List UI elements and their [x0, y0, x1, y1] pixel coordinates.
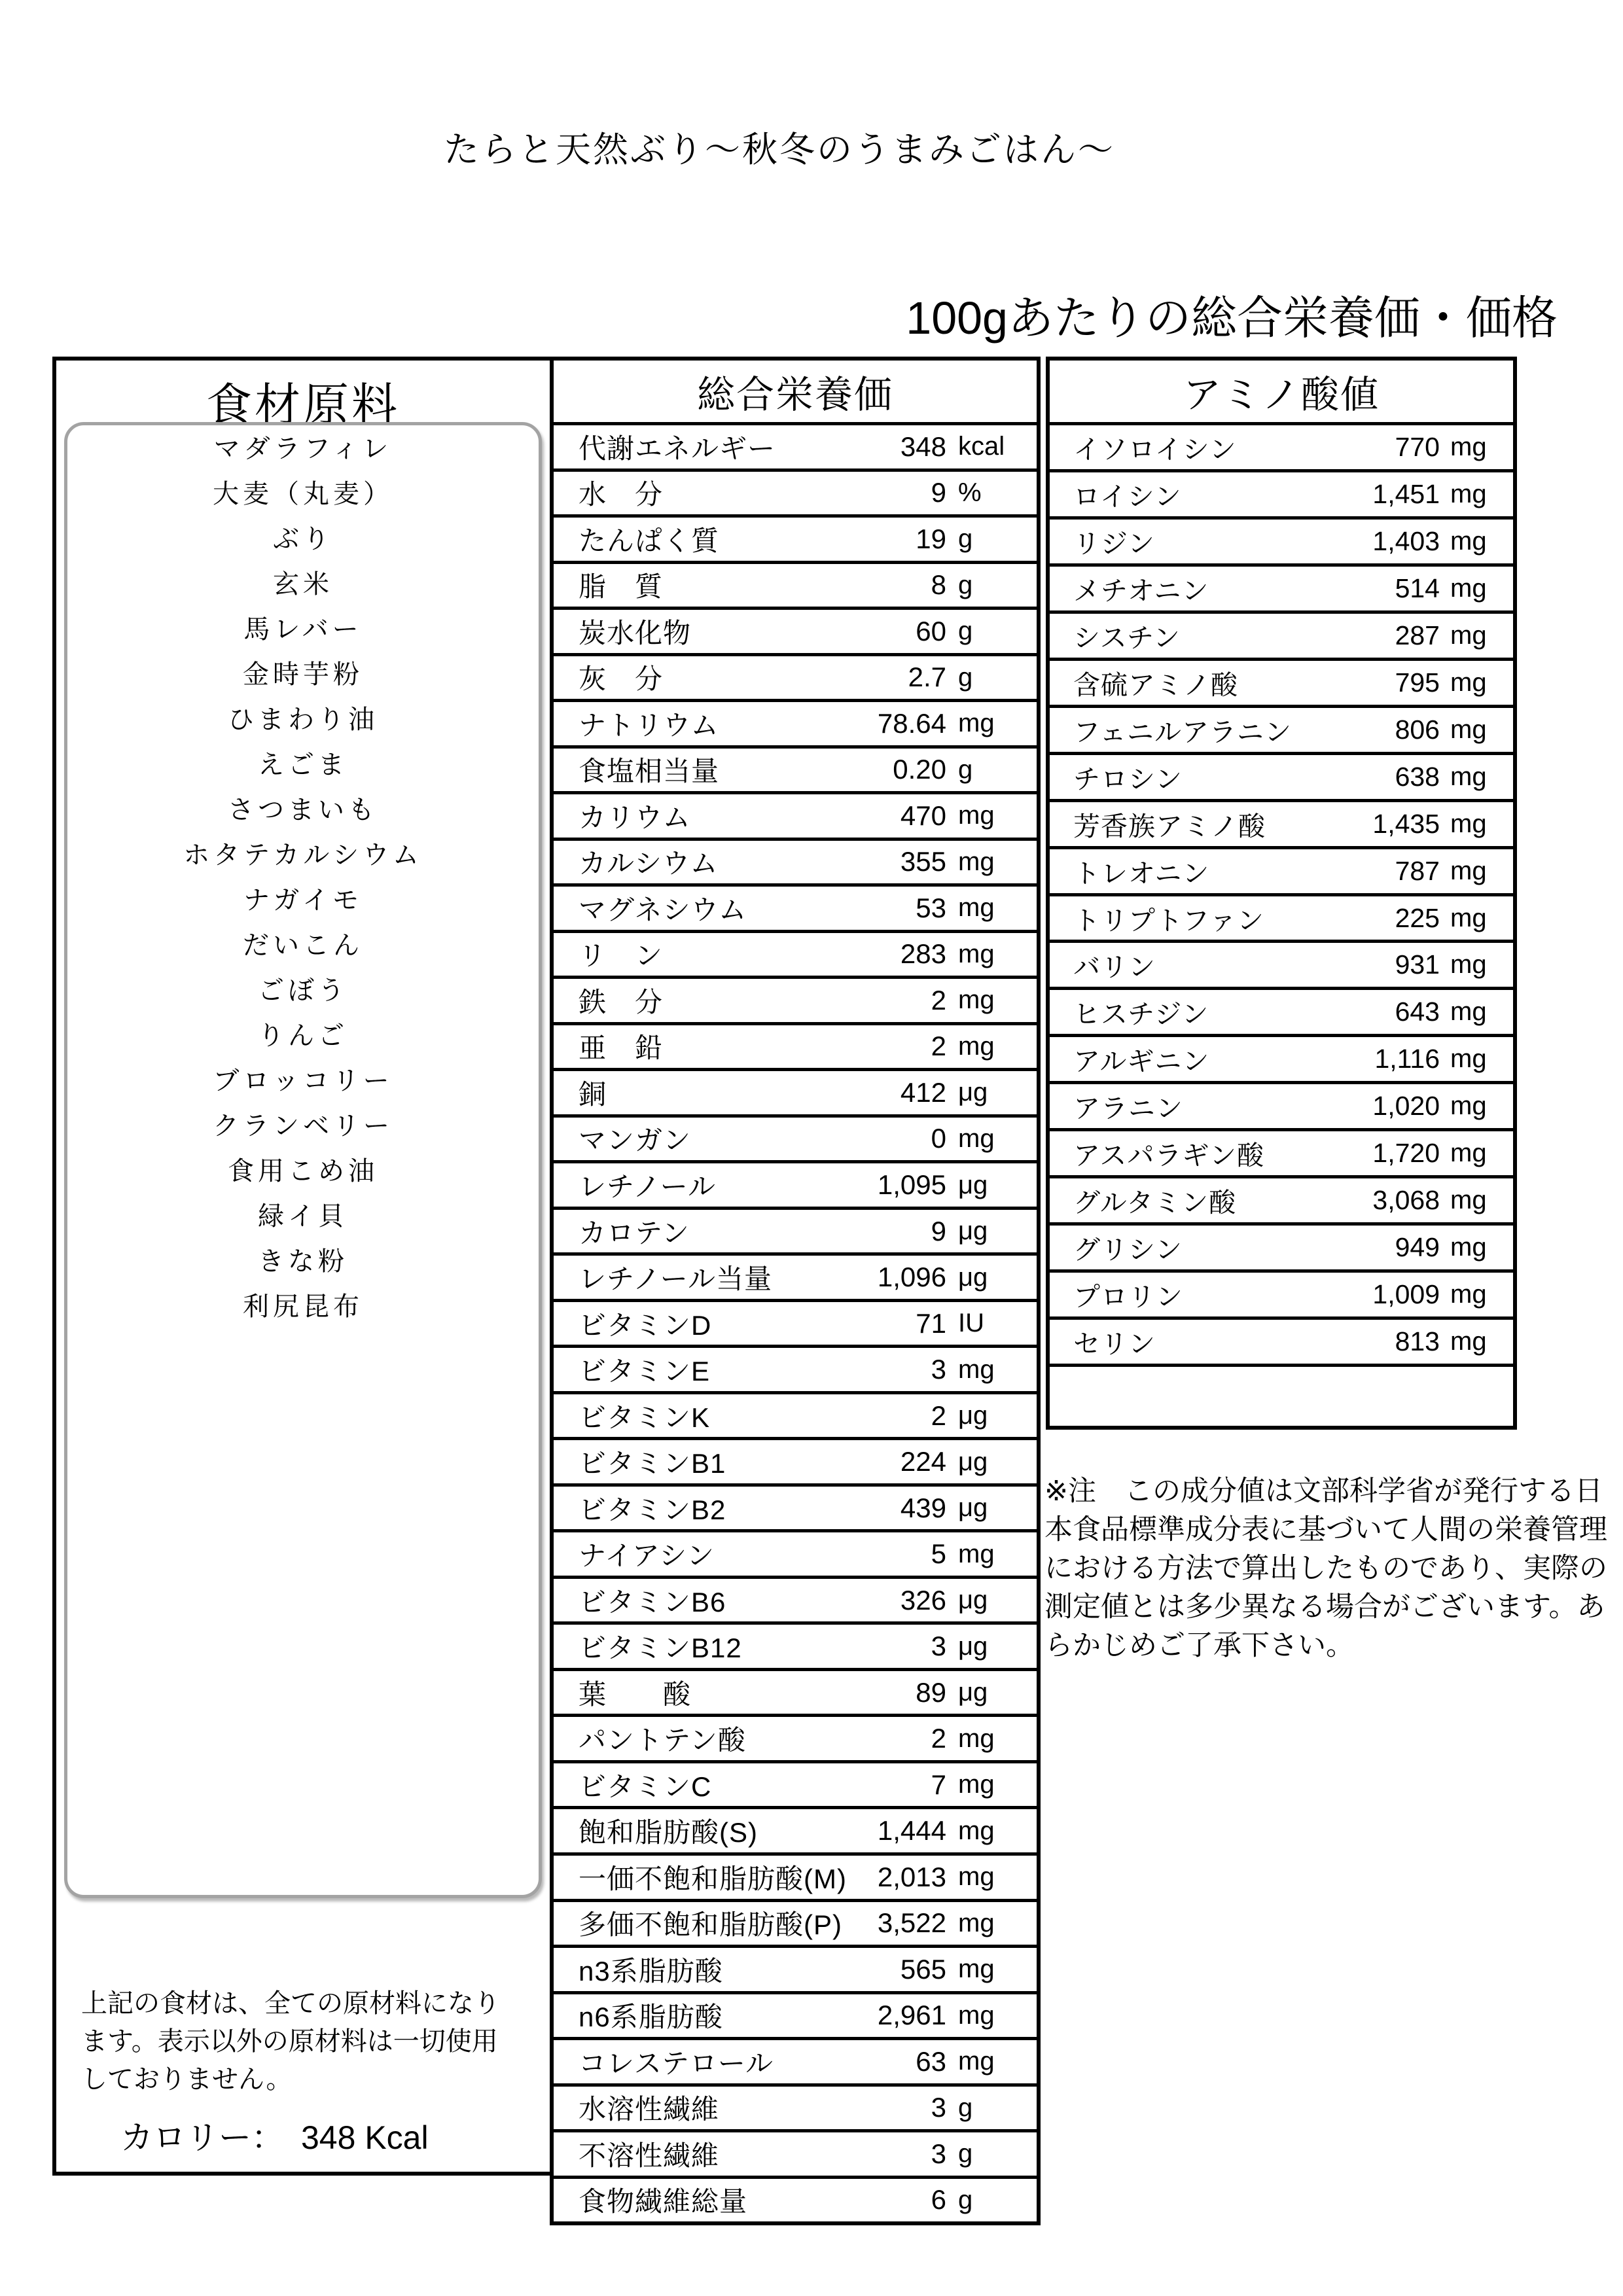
amino-row: イソロイシン 770 mg [1050, 422, 1513, 469]
nutrient-value: 60 [691, 616, 946, 647]
nutrient-label: カリウム [579, 796, 691, 836]
amino-value: 1,009 [1183, 1279, 1440, 1310]
nutrition-row: ビタミンB6 326 μg [554, 1576, 1037, 1622]
amino-unit: mg [1440, 857, 1497, 886]
ingredients-note: 上記の食材は、全ての原材料になります。表示以外の原材料は一切使用しておりません。 [81, 1985, 521, 2098]
nutrient-label: 飽和脂肪酸(S) [579, 1811, 758, 1850]
nutrient-unit: mg [946, 2001, 1020, 2030]
amino-table-header: アミノ酸値 [1050, 361, 1513, 422]
nutrient-label: マンガン [579, 1119, 691, 1158]
nutrient-unit: μg [946, 1585, 1020, 1615]
ingredient-item: 玄米 [67, 562, 539, 607]
amino-unit: mg [1440, 1139, 1497, 1168]
nutrient-label: 一価不飽和脂肪酸(M) [579, 1858, 847, 1897]
nutrient-unit: mg [946, 893, 1020, 923]
nutrient-label: 食物繊維総量 [579, 2180, 747, 2219]
amino-label: グルタミン酸 [1073, 1181, 1236, 1220]
nutrient-value: 78.64 [719, 708, 946, 739]
amino-row: ロイシン 1,451 mg [1050, 469, 1513, 516]
amino-value: 638 [1183, 762, 1440, 792]
amino-row: アラニン 1,020 mg [1050, 1081, 1513, 1128]
nutrient-label: ナイアシン [579, 1534, 715, 1574]
nutrition-row: ビタミンK 2 μg [554, 1391, 1037, 1438]
nutrient-value: 63 [774, 2046, 946, 2077]
nutrient-label: ビタミンB2 [579, 1489, 726, 1528]
nutrient-value: 2 [663, 985, 946, 1016]
ingredient-item: クランベリー [67, 1104, 539, 1149]
nutrient-unit: μg [946, 1263, 1020, 1292]
nutrient-label: 鉄 分 [579, 981, 663, 1020]
nutrient-label: n6系脂肪酸 [579, 1996, 723, 2035]
nutrient-value: 3 [742, 1631, 946, 1662]
nutrition-row: コレステロール 63 mg [554, 2037, 1037, 2083]
nutrient-label: ビタミンB6 [579, 1581, 726, 1620]
nutrient-label: 葉 酸 [579, 1673, 691, 1712]
amino-empty-row [1050, 1364, 1513, 1426]
nutrient-label: 炭水化物 [579, 612, 691, 651]
amino-unit: mg [1440, 715, 1497, 745]
ingredient-item: ナガイモ [67, 878, 539, 923]
nutrient-unit: g [946, 2185, 1020, 2215]
nutrient-label: n3系脂肪酸 [579, 1950, 723, 1989]
amino-value: 3,068 [1236, 1185, 1440, 1216]
ingredient-item: 金時芋粉 [67, 652, 539, 698]
nutrient-value: 3 [710, 1354, 946, 1385]
amino-value: 787 [1209, 856, 1440, 887]
nutrition-row: リ ン 283 mg [554, 930, 1037, 976]
nutrient-unit: mg [946, 1724, 1020, 1754]
nutrient-unit: mg [946, 847, 1020, 877]
nutrition-table-header: 総合栄養価 [554, 361, 1037, 422]
nutrient-label: 多価不飽和脂肪酸(P) [579, 1903, 842, 1943]
amino-unit: mg [1440, 480, 1497, 509]
nutrition-row: カルシウム 355 mg [554, 838, 1037, 884]
nutrition-row: 炭水化物 60 g [554, 607, 1037, 653]
nutrient-unit: mg [946, 1816, 1020, 1846]
amino-row: 芳香族アミノ酸 1,435 mg [1050, 799, 1513, 846]
nutrient-value: 283 [663, 938, 946, 970]
nutrient-label: 銅 [579, 1073, 607, 1112]
amino-unit: mg [1440, 1233, 1497, 1262]
nutrient-unit: g [946, 2093, 1020, 2123]
ingredient-item: 食用こめ油 [67, 1149, 539, 1194]
ingredient-item: だいこん [67, 923, 539, 968]
nutrient-label: ビタミンB1 [579, 1442, 726, 1481]
nutrient-label: ビタミンK [579, 1396, 710, 1436]
amino-label: イソロイシン [1073, 428, 1237, 467]
nutrient-unit: μg [946, 1078, 1020, 1107]
ingredient-item: ごぼう [67, 968, 539, 1014]
nutrient-label: 代謝エネルギー [579, 427, 776, 467]
nutrient-label: リ ン [579, 934, 663, 974]
nutrient-label: カロテン [579, 1212, 690, 1251]
nutrient-unit: mg [946, 1954, 1020, 1984]
nutrient-unit: μg [946, 1632, 1020, 1661]
amino-value: 795 [1238, 667, 1440, 698]
nutrition-row: カロテン 9 μg [554, 1207, 1037, 1253]
nutrient-value: 3 [719, 2138, 946, 2170]
amino-label: リジン [1073, 522, 1155, 561]
amino-unit: mg [1440, 1280, 1497, 1309]
nutrition-row: 多価不飽和脂肪酸(P) 3,522 mg [554, 1899, 1037, 1945]
nutrient-unit: IU [946, 1309, 1020, 1338]
nutrient-value: 2,013 [847, 1862, 946, 1893]
nutrient-unit: mg [946, 1540, 1020, 1569]
nutrition-row: ナトリウム 78.64 mg [554, 699, 1037, 745]
nutrient-label: 食塩相当量 [579, 750, 719, 789]
amino-unit: mg [1440, 1186, 1497, 1215]
nutrition-row: 脂 質 8 g [554, 561, 1037, 607]
amino-value: 1,451 [1182, 479, 1440, 510]
nutrition-rows: 代謝エネルギー 348 kcal 水 分 9 % たんぱく質 19 g 脂 質 … [554, 422, 1037, 2221]
nutrient-label: 亜 鉛 [579, 1027, 663, 1066]
nutrient-value: 439 [726, 1492, 946, 1524]
nutrient-value: 565 [723, 1954, 946, 1985]
amino-value: 643 [1209, 997, 1440, 1027]
nutrition-row: 不溶性繊維 3 g [554, 2129, 1037, 2176]
nutrient-value: 470 [691, 800, 946, 832]
amino-label: チロシン [1073, 758, 1183, 796]
amino-rows: イソロイシン 770 mg ロイシン 1,451 mg リジン 1,403 mg… [1050, 422, 1513, 1364]
page-title: たらと天然ぶり～秋冬のうまみごはん～ [444, 131, 1115, 169]
ingredient-item: ホタテカルシウム [67, 833, 539, 878]
nutrition-row: ビタミンB2 439 μg [554, 1483, 1037, 1530]
nutrient-unit: mg [946, 1909, 1020, 1938]
amino-value: 1,403 [1155, 526, 1440, 557]
nutrition-row: 鉄 分 2 mg [554, 976, 1037, 1022]
ingredient-item: ひまわり油 [67, 698, 539, 743]
nutrient-unit: g [946, 755, 1020, 785]
nutrient-unit: mg [946, 2047, 1020, 2076]
nutrition-row: n6系脂肪酸 2,961 mg [554, 1991, 1037, 2038]
nutrition-row: 食塩相当量 0.20 g [554, 745, 1037, 792]
nutrient-unit: mg [946, 1124, 1020, 1154]
ingredient-item: 緑イ貝 [67, 1194, 539, 1239]
nutrient-label: 水 分 [579, 473, 663, 512]
nutrient-value: 0 [691, 1123, 946, 1154]
amino-value: 225 [1264, 903, 1440, 934]
nutrient-label: 不溶性繊維 [579, 2134, 719, 2174]
nutrient-value: 6 [747, 2184, 946, 2216]
nutrition-row: 銅 412 μg [554, 1068, 1037, 1114]
ingredient-item: えごま [67, 743, 539, 788]
ingredient-item: きな粉 [67, 1239, 539, 1284]
amino-unit: mg [1440, 433, 1497, 462]
nutrient-unit: mg [946, 1032, 1020, 1061]
nutrient-unit: μg [946, 1493, 1020, 1523]
nutrient-value: 5 [715, 1538, 946, 1570]
amino-unit: mg [1440, 574, 1497, 603]
amino-row: シスチン 287 mg [1050, 610, 1513, 658]
amino-row: トリプトファン 225 mg [1050, 893, 1513, 940]
amino-acid-table: アミノ酸値 イソロイシン 770 mg ロイシン 1,451 mg リジン 1,… [1046, 357, 1517, 1430]
ingredient-item: さつまいも [67, 788, 539, 833]
nutrient-value: 89 [691, 1677, 946, 1708]
nutrient-unit: g [946, 616, 1020, 646]
nutrient-unit: μg [946, 1401, 1020, 1430]
amino-unit: mg [1440, 904, 1497, 933]
nutrient-value: 71 [711, 1308, 946, 1339]
amino-row: セリン 813 mg [1050, 1316, 1513, 1364]
nutrient-value: 2.7 [663, 662, 946, 693]
amino-unit: mg [1440, 997, 1497, 1027]
amino-value: 514 [1209, 573, 1440, 604]
amino-row: アスパラギン酸 1,720 mg [1050, 1128, 1513, 1175]
nutrition-row: 葉 酸 89 μg [554, 1668, 1037, 1714]
amino-label: 含硫アミノ酸 [1073, 663, 1238, 702]
amino-label: アラニン [1073, 1087, 1183, 1125]
nutrition-row: 食物繊維総量 6 g [554, 2176, 1037, 2222]
nutrition-row: 飽和脂肪酸(S) 1,444 mg [554, 1806, 1037, 1852]
nutrition-row: マグネシウム 53 mg [554, 883, 1037, 930]
nutrient-unit: μg [946, 1171, 1020, 1200]
nutrition-row: マンガン 0 mg [554, 1114, 1037, 1161]
section-subtitle: 100gあたりの総合栄養価・価格 [906, 294, 1558, 343]
nutrient-unit: mg [946, 1355, 1020, 1385]
amino-label: アルギニン [1073, 1040, 1209, 1078]
nutrient-value: 3 [719, 2092, 946, 2123]
amino-row: メチオニン 514 mg [1050, 563, 1513, 610]
ingredient-item: ブロッコリー [67, 1059, 539, 1104]
amino-label: グリシン [1073, 1228, 1183, 1267]
nutrition-row: ビタミンD 71 IU [554, 1299, 1037, 1345]
nutrition-row: ビタミンC 7 mg [554, 1760, 1037, 1807]
ingredient-item: マダラフィレ [67, 427, 539, 472]
nutrient-unit: g [946, 2139, 1020, 2168]
amino-label: トレオニン [1073, 852, 1209, 891]
amino-value: 949 [1183, 1232, 1440, 1263]
nutrient-value: 9 [690, 1216, 946, 1247]
nutrient-value: 2 [710, 1400, 946, 1432]
amino-label: フェニルアラニン [1073, 711, 1292, 749]
nutrition-row: ビタミンB1 224 μg [554, 1437, 1037, 1483]
nutrient-value: 0.20 [719, 754, 946, 785]
nutrition-row: 水溶性繊維 3 g [554, 2083, 1037, 2130]
nutrient-unit: mg [946, 1862, 1020, 1892]
amino-unit: mg [1440, 621, 1497, 650]
nutrient-value: 2 [663, 1031, 946, 1062]
nutrition-row: ビタミンE 3 mg [554, 1345, 1037, 1391]
amino-unit: mg [1440, 950, 1497, 980]
nutrient-value: 1,444 [758, 1815, 946, 1846]
nutrient-value: 19 [719, 523, 946, 555]
amino-row: チロシン 638 mg [1050, 752, 1513, 799]
nutrient-unit: μg [946, 1447, 1020, 1477]
nutrient-unit: g [946, 524, 1020, 554]
amino-label: メチオニン [1073, 569, 1209, 608]
nutrition-row: パントテン酸 2 mg [554, 1714, 1037, 1760]
nutrient-label: 水溶性繊維 [579, 2088, 719, 2127]
nutrient-value: 412 [607, 1077, 946, 1108]
nutrition-row: 水 分 9 % [554, 468, 1037, 515]
nutrient-label: たんぱく質 [579, 520, 719, 559]
nutrient-label: レチノール [579, 1165, 716, 1205]
calorie-line: カロリー：348 Kcal [120, 2111, 429, 2159]
nutrient-unit: kcal [946, 432, 1020, 461]
amino-value: 806 [1292, 715, 1440, 745]
amino-value: 770 [1237, 432, 1440, 463]
amino-row: グリシン 949 mg [1050, 1222, 1513, 1269]
amino-row: バリン 931 mg [1050, 940, 1513, 987]
disclaimer-note: ※注 この成分値は文部科学省が発行する日本食品標準成分表に基づいて人間の栄養管理… [1044, 1472, 1620, 1665]
amino-unit: mg [1440, 762, 1497, 792]
amino-value: 1,020 [1183, 1091, 1440, 1122]
nutrient-value: 8 [663, 569, 946, 601]
ingredient-item: ぶり [67, 517, 539, 562]
nutrient-value: 7 [711, 1769, 946, 1801]
ingredient-item: 利尻昆布 [67, 1284, 539, 1330]
amino-unit: mg [1440, 1044, 1497, 1074]
nutrient-unit: mg [946, 1770, 1020, 1799]
nutrition-row: n3系脂肪酸 565 mg [554, 1945, 1037, 1991]
nutrient-unit: g [946, 571, 1020, 600]
amino-label: ヒスチジン [1073, 993, 1209, 1031]
nutrient-unit: % [946, 478, 1020, 508]
nutrient-unit: μg [946, 1678, 1020, 1707]
nutrient-label: 脂 質 [579, 565, 663, 605]
nutrition-row: カリウム 470 mg [554, 791, 1037, 838]
nutrition-row: たんぱく質 19 g [554, 514, 1037, 561]
nutrient-label: ビタミンE [579, 1350, 710, 1389]
nutrient-value: 2 [746, 1723, 946, 1754]
amino-label: トリプトファン [1073, 899, 1264, 938]
amino-unit: mg [1440, 1091, 1497, 1121]
nutrient-label: レチノール当量 [579, 1258, 772, 1297]
nutrient-unit: mg [946, 709, 1020, 738]
amino-unit: mg [1440, 1327, 1497, 1356]
amino-label: セリン [1073, 1322, 1156, 1361]
nutrient-unit: mg [946, 985, 1020, 1015]
nutrient-label: ナトリウム [579, 704, 719, 743]
nutrient-value: 9 [663, 477, 946, 508]
nutrient-unit: μg [946, 1216, 1020, 1246]
nutrient-label: ビタミンD [579, 1304, 711, 1343]
nutrition-row: レチノール当量 1,096 μg [554, 1252, 1037, 1299]
amino-row: トレオニン 787 mg [1050, 846, 1513, 893]
nutrition-row: 代謝エネルギー 348 kcal [554, 422, 1037, 468]
nutrient-label: 灰 分 [579, 658, 663, 697]
nutrition-row: ビタミンB12 3 μg [554, 1621, 1037, 1668]
nutrient-label: カルシウム [579, 842, 719, 881]
amino-label: アスパラギン酸 [1073, 1134, 1264, 1173]
amino-value: 287 [1181, 620, 1440, 651]
nutrient-value: 224 [726, 1446, 946, 1477]
nutrient-label: ビタミンB12 [579, 1627, 742, 1666]
amino-row: プロリン 1,009 mg [1050, 1269, 1513, 1316]
amino-row: ヒスチジン 643 mg [1050, 987, 1513, 1034]
nutrient-unit: mg [946, 940, 1020, 969]
nutrient-value: 348 [776, 431, 946, 463]
nutrition-row: 亜 鉛 2 mg [554, 1022, 1037, 1069]
ingredients-panel: 食材原料 マダラフィレ大麦（丸麦）ぶり玄米馬レバー金時芋粉ひまわり油えごまさつま… [52, 357, 554, 2176]
amino-value: 1,435 [1266, 809, 1440, 839]
nutrient-label: ビタミンC [579, 1765, 711, 1805]
ingredient-item: 馬レバー [67, 607, 539, 652]
amino-value: 1,116 [1209, 1044, 1440, 1074]
nutrition-row: 灰 分 2.7 g [554, 653, 1037, 699]
nutrient-value: 53 [747, 892, 946, 924]
amino-row: フェニルアラニン 806 mg [1050, 705, 1513, 752]
amino-unit: mg [1440, 527, 1497, 556]
amino-value: 813 [1156, 1326, 1440, 1357]
nutrition-table: 総合栄養価 代謝エネルギー 348 kcal 水 分 9 % たんぱく質 19 … [550, 357, 1041, 2225]
amino-label: バリン [1073, 945, 1156, 984]
ingredients-list: マダラフィレ大麦（丸麦）ぶり玄米馬レバー金時芋粉ひまわり油えごまさつまいもホタテ… [64, 422, 542, 1898]
amino-label: シスチン [1073, 616, 1181, 655]
ingredient-item: りんご [67, 1014, 539, 1059]
ingredient-item: 大麦（丸麦） [67, 472, 539, 517]
nutrient-value: 1,096 [772, 1262, 946, 1293]
amino-row: 含硫アミノ酸 795 mg [1050, 658, 1513, 705]
amino-label: プロリン [1073, 1275, 1183, 1314]
amino-value: 931 [1156, 949, 1440, 980]
nutrition-row: レチノール 1,095 μg [554, 1160, 1037, 1207]
amino-row: リジン 1,403 mg [1050, 516, 1513, 563]
nutrient-value: 2,961 [723, 2000, 946, 2031]
amino-value: 1,720 [1264, 1138, 1440, 1169]
amino-label: 芳香族アミノ酸 [1073, 805, 1266, 843]
nutrient-label: パントテン酸 [579, 1719, 746, 1758]
amino-label: ロイシン [1073, 475, 1182, 514]
amino-unit: mg [1440, 668, 1497, 698]
nutrient-unit: g [946, 663, 1020, 692]
nutrient-value: 326 [726, 1585, 946, 1616]
nutrient-label: コレステロール [579, 2042, 774, 2081]
amino-unit: mg [1440, 809, 1497, 839]
amino-row: グルタミン酸 3,068 mg [1050, 1175, 1513, 1222]
nutrition-row: 一価不飽和脂肪酸(M) 2,013 mg [554, 1852, 1037, 1899]
nutrient-label: マグネシウム [579, 889, 747, 928]
nutrient-unit: mg [946, 801, 1020, 830]
calorie-value: 348 Kcal [301, 2119, 429, 2156]
nutrition-row: ナイアシン 5 mg [554, 1529, 1037, 1576]
nutrient-value: 3,522 [842, 1907, 946, 1939]
nutrient-value: 355 [719, 846, 946, 877]
calorie-label: カロリー： [120, 2119, 284, 2156]
nutrient-value: 1,095 [716, 1169, 946, 1201]
amino-row: アルギニン 1,116 mg [1050, 1034, 1513, 1081]
